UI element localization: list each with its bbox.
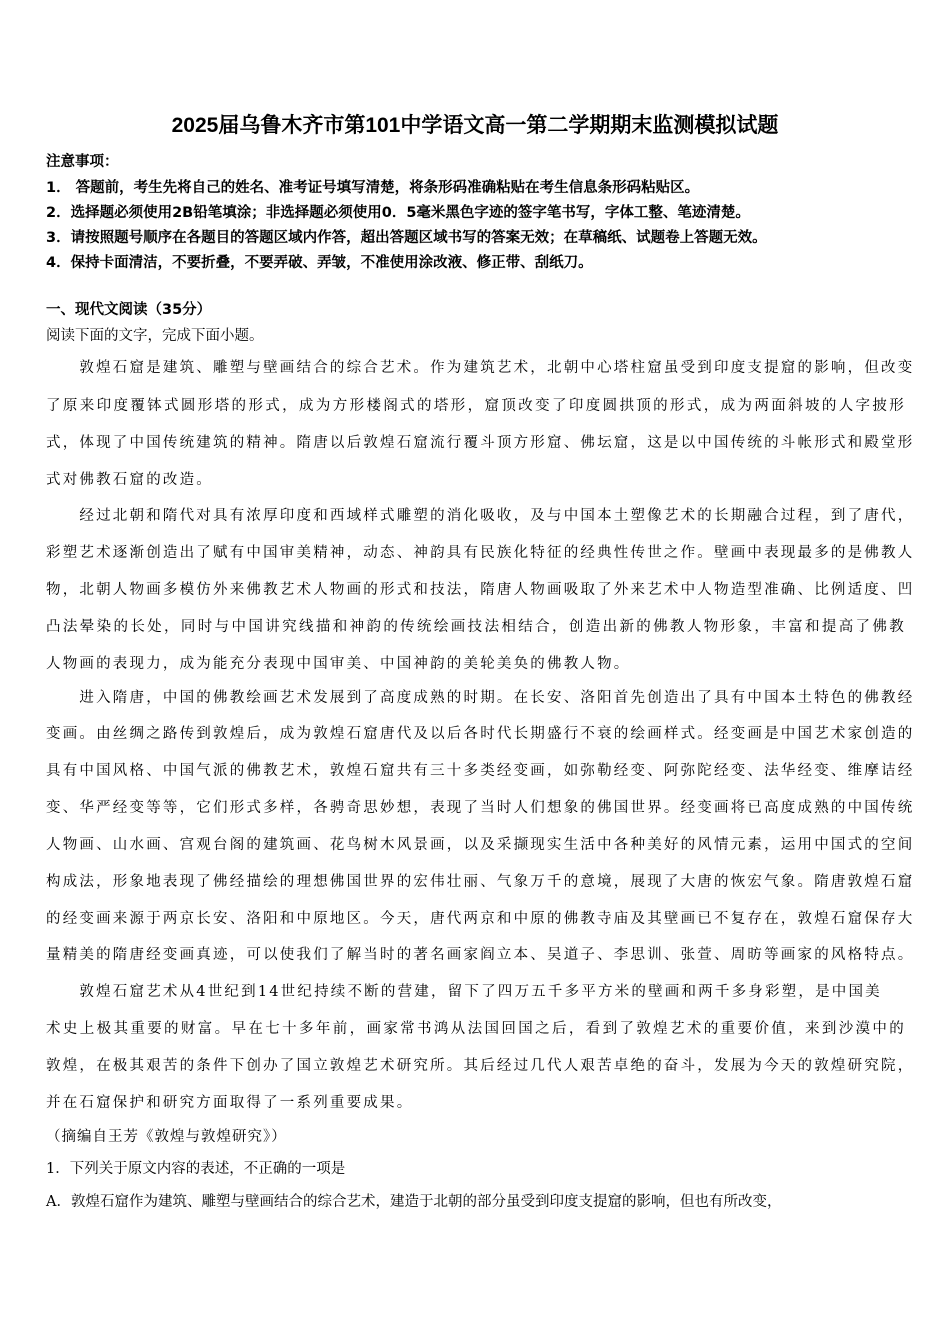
section-heading: 一、现代文阅读（35分） — [46, 300, 211, 320]
passage-line: 变、华严经变等等，它们形式多样，各骋奇思妙想，表现了当时人们想象的佛国世界。经变… — [46, 798, 906, 818]
notice-item: 3．请按照题号顺序在各题目的答题区域内作答，超出答题区域书写的答案无效；在草稿纸… — [46, 228, 767, 248]
passage-source: （摘编自王芳《敦煌与敦煌研究》） — [46, 1127, 287, 1147]
passage-line: 的经变画来源于两京长安、洛阳和中原地区。今天，唐代两京和中原的佛教寺庙及其壁画已… — [46, 909, 906, 929]
passage-line: 凸法晕染的长处，同时与中国讲究线描和神韵的传统绘画技法相结合，创造出新的佛教人物… — [46, 617, 906, 637]
document-page: 2025届乌鲁木齐市第101中学语文高一第二学期期末监测模拟试题 注意事项： 1… — [0, 0, 950, 1344]
passage-line: 进入隋唐，中国的佛教绘画艺术发展到了高度成熟的时期。在长安、洛阳首先创造出了具有… — [46, 688, 906, 708]
passage-line: 人物画的表现力，成为能充分表现中国审美、中国神韵的美轮美奂的佛教人物。 — [46, 654, 631, 674]
passage-line: 变画。由丝绸之路传到敦煌后，成为敦煌石窟唐代及以后各时代长期盛行不衰的绘画样式。… — [46, 724, 906, 744]
question-stem: 1．下列关于原文内容的表述，不正确的一项是 — [46, 1159, 345, 1179]
passage-line: 量精美的隋唐经变画真迹，可以使我们了解当时的著名画家阎立本、吴道子、李思训、张萱… — [46, 945, 906, 965]
notice-item: 2．选择题必须使用2B铅笔填涂；非选择题必须使用0．5毫米黑色字迹的签字笔书写，… — [46, 203, 750, 223]
passage-line: 构成法，形象地表现了佛经描绘的理想佛国世界的宏伟壮丽、气象万千的意境，展现了大唐… — [46, 872, 906, 892]
passage-line: 敦煌，在极其艰苦的条件下创办了国立敦煌艺术研究所。其后经过几代人艰苦卓绝的奋斗，… — [46, 1056, 906, 1076]
passage-line: 物，北朝人物画多模仿外来佛教艺术人物画的形式和技法，隋唐人物画吸取了外来艺术中人… — [46, 580, 906, 600]
passage-line: 术史上极其重要的财富。早在七十多年前，画家常书鸿从法国回国之后，看到了敦煌艺术的… — [46, 1019, 906, 1039]
question-option-a: A．敦煌石窟作为建筑、雕塑与壁画结合的综合艺术，建造于北朝的部分虽受到印度支提窟… — [46, 1192, 781, 1212]
section-instruction: 阅读下面的文字，完成下面小题。 — [46, 326, 264, 346]
page-title: 2025届乌鲁木齐市第101中学语文高一第二学期期末监测模拟试题 — [0, 112, 950, 140]
passage-line: 了原来印度覆钵式圆形塔的形式，成为方形楼阁式的塔形，窟顶改变了印度圆拱顶的形式，… — [46, 396, 906, 416]
passage-line: 式，体现了中国传统建筑的精神。隋唐以后敦煌石窟流行覆斗顶方形窟、佛坛窟，这是以中… — [46, 433, 906, 453]
passage-line: 彩塑艺术逐渐创造出了赋有中国审美精神，动态、神韵具有民族化特征的经典性传世之作。… — [46, 543, 906, 563]
passage-line: 敦煌石窟是建筑、雕塑与壁画结合的综合艺术。作为建筑艺术，北朝中心塔柱窟虽受到印度… — [46, 358, 906, 378]
notice-item: 4．保持卡面清洁，不要折叠，不要弄破、弄皱，不准使用涂改液、修正带、刮纸刀。 — [46, 253, 593, 273]
passage-line: 式对佛教石窟的改造。 — [46, 470, 213, 490]
passage-line: 具有中国风格、中国气派的佛教艺术，敦煌石窟共有三十多类经变画，如弥勒经变、阿弥陀… — [46, 761, 906, 781]
passage-line: 并在石窟保护和研究方面取得了一系列重要成果。 — [46, 1093, 413, 1113]
passage-line: 敦煌石窟艺术从4世纪到14世纪持续不断的营建，留下了四万五千多平方米的壁画和两千… — [46, 982, 882, 1002]
notice-heading: 注意事项： — [46, 152, 119, 172]
notice-item: 1． 答题前，考生先将自己的姓名、准考证号填写清楚，将条形码准确粘贴在考生信息条… — [46, 178, 699, 198]
passage-line: 经过北朝和隋代对具有浓厚印度和西域样式雕塑的消化吸收，及与中国本土塑像艺术的长期… — [46, 506, 906, 526]
passage-line: 人物画、山水画、宫观台阁的建筑画、花鸟树木风景画，以及采撷现实生活中各种美好的风… — [46, 835, 906, 855]
